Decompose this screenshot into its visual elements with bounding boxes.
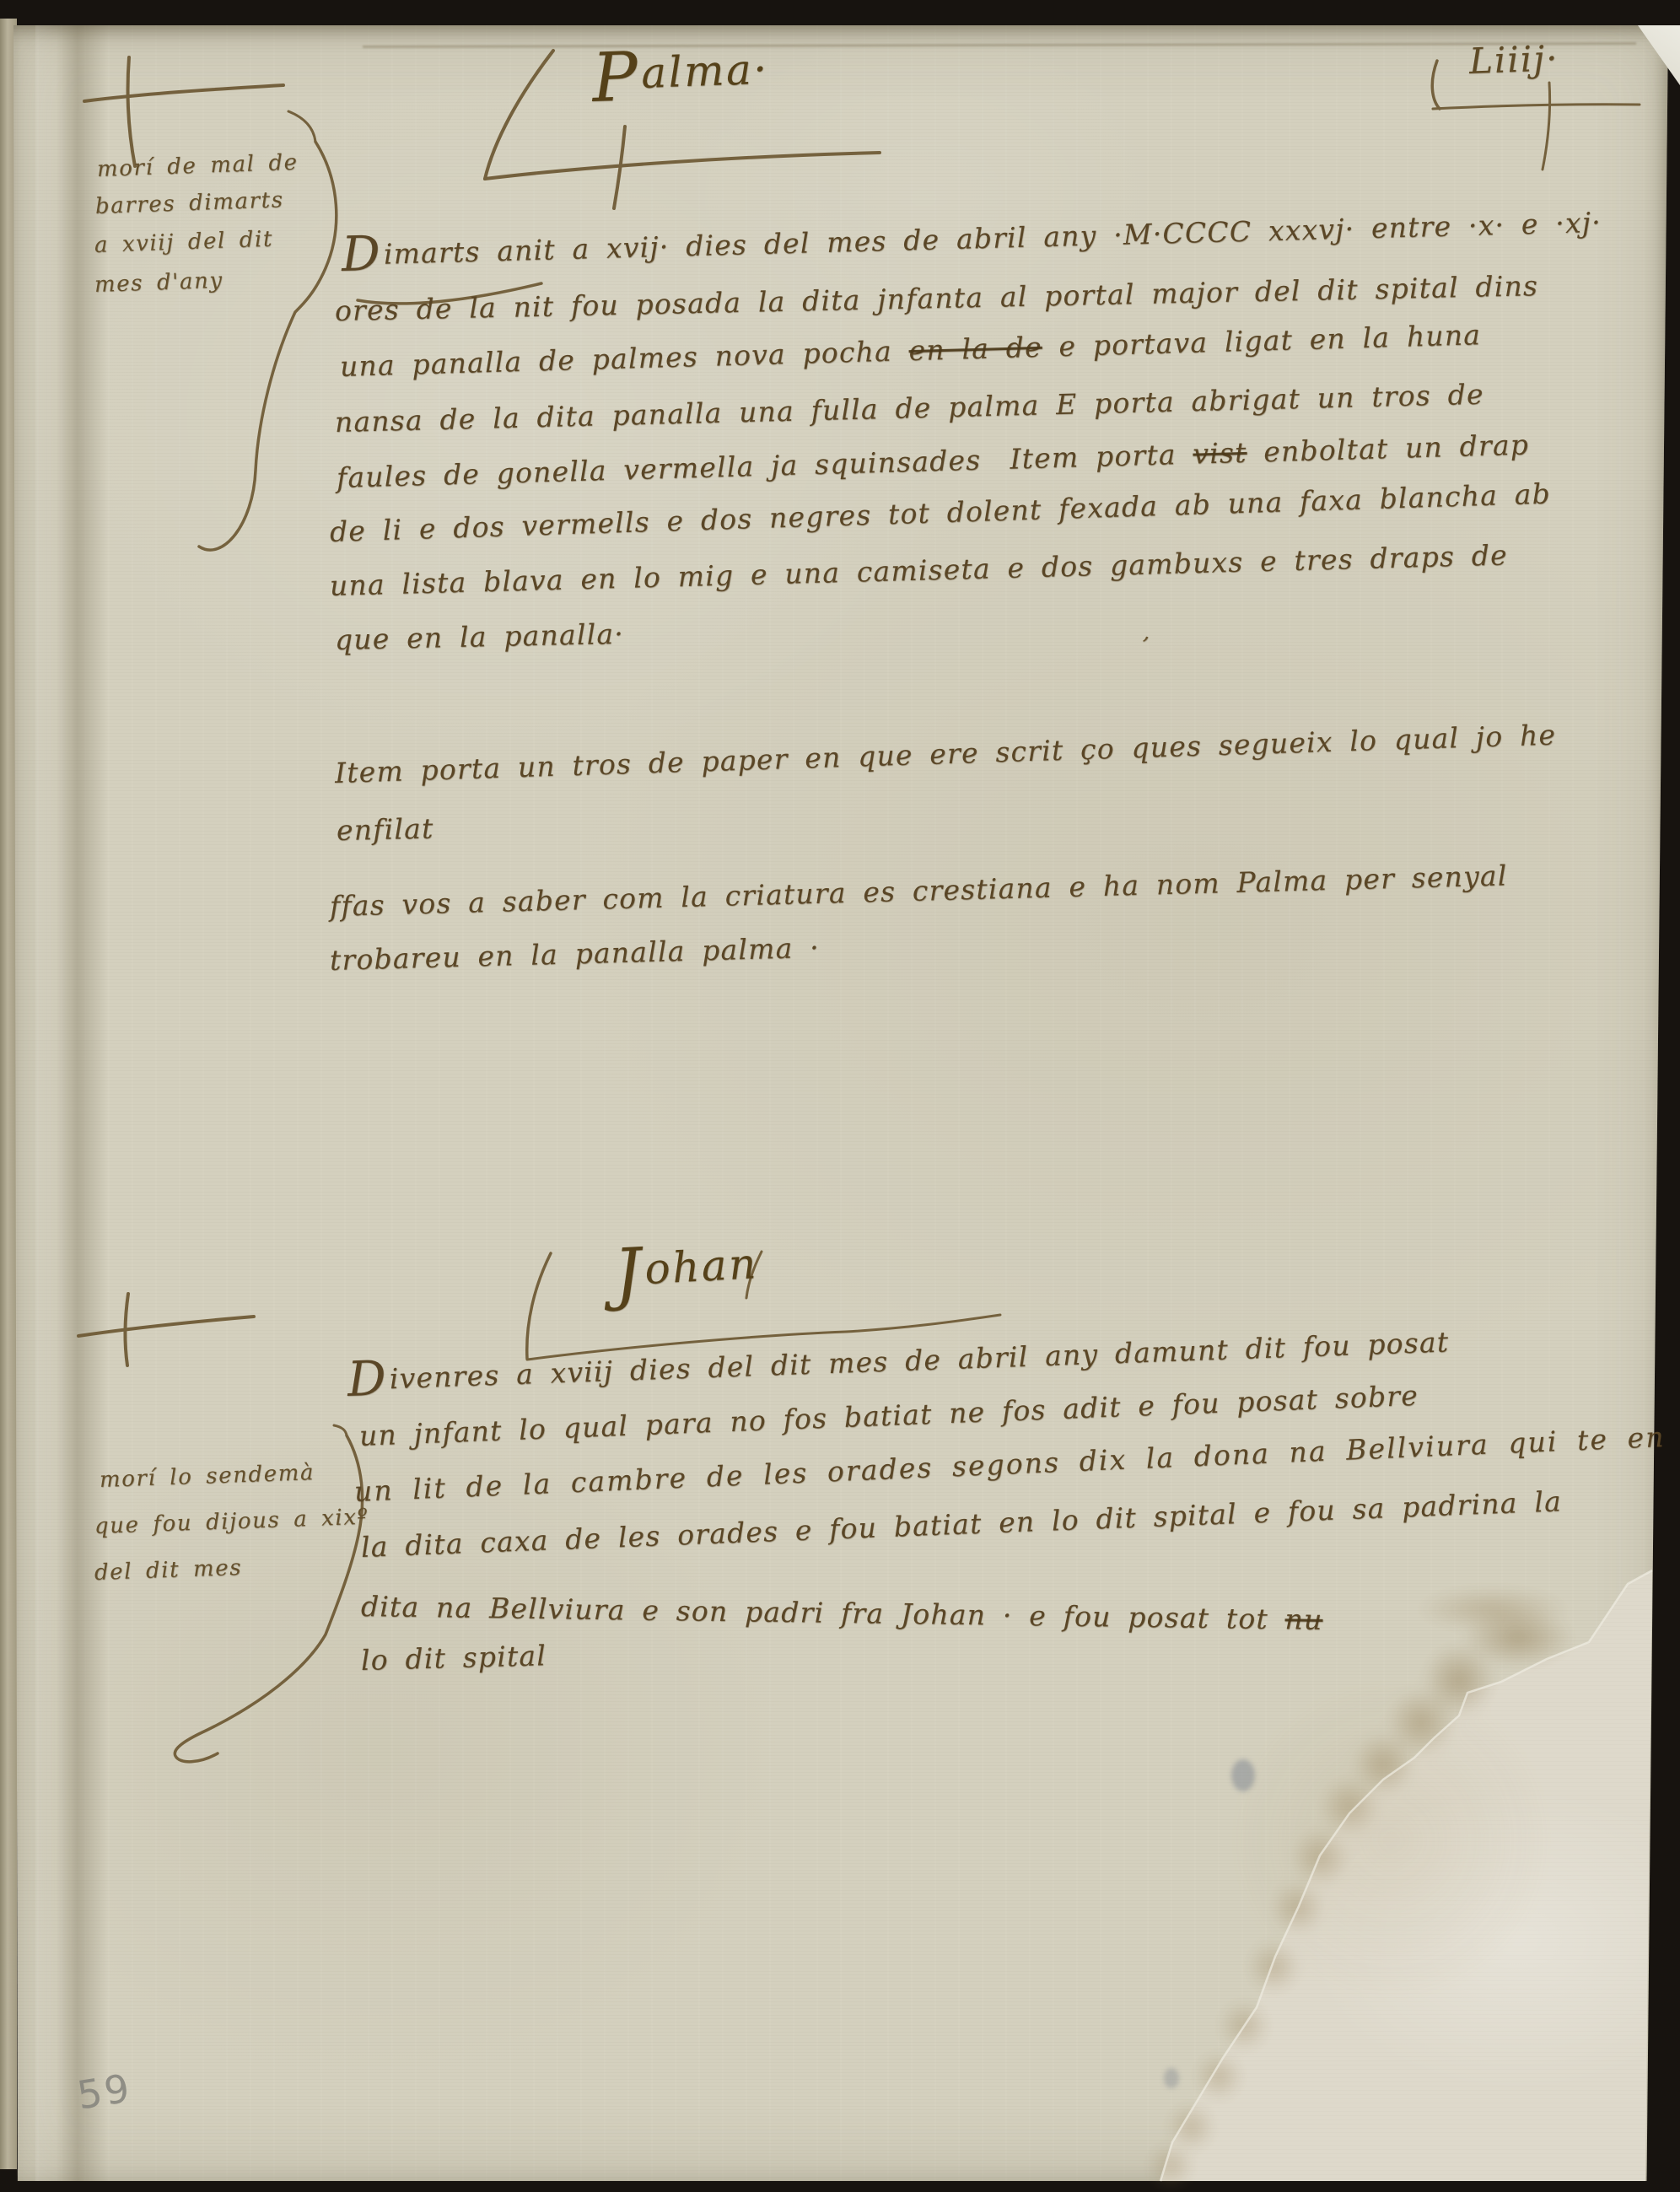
gutter-fold-shadow	[35, 25, 108, 2181]
struck-text: vist	[1193, 436, 1247, 471]
struck-text: en la de	[908, 331, 1042, 367]
text-segment: P	[590, 37, 641, 117]
folio-number: Liiij·	[1468, 40, 1559, 79]
text-segment: enfilat	[337, 812, 434, 847]
text-segment: que en la panalla·	[335, 617, 625, 656]
margin-note-line: a xviij del dit	[94, 229, 274, 256]
text-segment: D	[347, 1350, 388, 1408]
margin-note-line: mes d'any	[94, 270, 224, 296]
manuscript-text-line: que en la panalla·	[335, 620, 625, 654]
text-segment: alma·	[640, 45, 769, 98]
entry-heading-palma: Palma·	[591, 48, 769, 96]
manuscript-photo: Liiij· Palma· morí de mal de barres dima…	[0, 0, 1680, 2192]
manuscript-text-line: enfilat	[337, 815, 434, 844]
text-segment: J	[612, 1233, 645, 1313]
struck-text: nu	[1284, 1602, 1322, 1636]
manuscript-text-line: lo dit spital	[361, 1641, 547, 1674]
text-segment: lo dit spital	[360, 1639, 547, 1677]
margin-note-line: morí de mal de	[97, 152, 299, 180]
text-segment: D	[341, 226, 382, 283]
page-number-pencil: 59	[74, 2068, 134, 2115]
entry-heading-johan: Johan	[613, 1242, 759, 1292]
text-segment: ohan	[643, 1239, 759, 1294]
margin-note-line: del dit mes	[94, 1557, 243, 1584]
margin-note-line: barres dimarts	[95, 189, 285, 218]
ink-spot	[1231, 1759, 1255, 1791]
ink-spot	[1164, 2068, 1179, 2088]
